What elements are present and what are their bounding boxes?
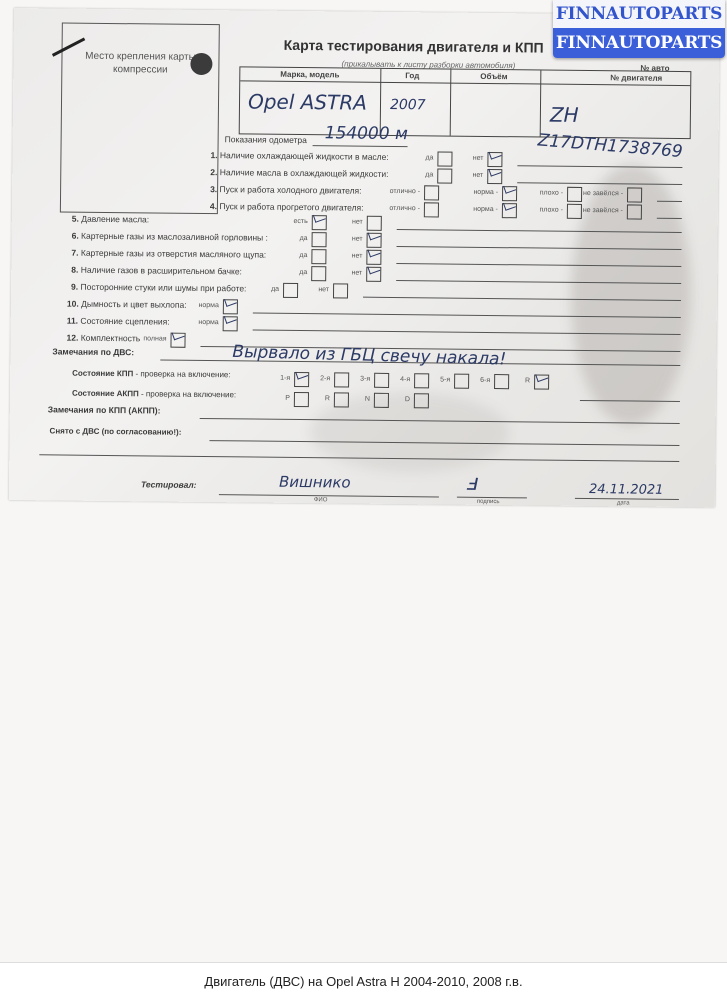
option-label: не завёлся - (583, 207, 623, 214)
option-label: отлично - (390, 188, 421, 195)
card-title: Карта тестирования двигателя и КПП (284, 37, 544, 56)
checklist-item-label: 11. Состояние сцепления: (67, 316, 170, 327)
watermark-line-2: FINNAUTOPARTS (553, 28, 725, 58)
checkbox[interactable] (437, 168, 452, 183)
checkbox[interactable] (333, 283, 348, 298)
header-engine-no: № двигателя (610, 73, 662, 83)
kpp-label: Состояние КПП - проверка на включение: (72, 369, 231, 380)
photo-caption: Двигатель (ДВС) на Opel Astra H 2004-201… (0, 962, 727, 1000)
kpp-sublabel: - проверка на включение: (135, 369, 230, 379)
header-make-model: Марка, модель (280, 70, 339, 80)
checkbox[interactable] (627, 204, 642, 219)
date-caption: дата (617, 500, 630, 506)
checkbox[interactable] (567, 204, 582, 219)
gear-checkbox[interactable] (334, 392, 349, 407)
gear-checkbox[interactable] (454, 374, 469, 389)
checklist-item-label: 2. Наличие масла в охлаждающей жидкости: (210, 167, 388, 179)
checkbox[interactable] (567, 187, 582, 202)
akpp-label: Состояние АКПП - проверка на включение: (72, 389, 236, 400)
checklist-item-label: 8. Наличие газов в расширительном бачке: (71, 265, 242, 277)
option-label: да (271, 286, 279, 293)
tester-name: Вишнико (279, 473, 351, 492)
test-date: 24.11.2021 (589, 482, 664, 498)
gear-label: 1-я (280, 375, 290, 382)
gear-label: R (325, 395, 330, 402)
checkbox[interactable] (283, 283, 298, 298)
odometer-label: Показания одометра (225, 134, 307, 145)
gear-label: D (405, 396, 410, 403)
gear-label: 3-я (360, 376, 370, 383)
signature-caption: подпись (477, 499, 500, 505)
vehicle-table: Марка, модель Год Объём № авто № двигате… (239, 66, 692, 139)
option-label: норма (198, 302, 218, 309)
option-label: полная (143, 335, 166, 342)
checklist-item-label: 10. Дымность и цвет выхлопа: (67, 299, 187, 310)
option-label: нет (473, 172, 484, 179)
checkbox[interactable] (312, 232, 327, 247)
gearbox-remarks-label: Замечания по КПП (АКПП): (48, 404, 161, 415)
gear-checkbox[interactable] (374, 393, 389, 408)
option-label: нет (352, 253, 363, 260)
gear-checkbox[interactable] (374, 373, 389, 388)
checkbox[interactable] (487, 169, 502, 184)
header-car-no: № авто (640, 64, 669, 73)
option-label: да (299, 252, 307, 259)
checkbox[interactable] (487, 152, 502, 167)
checkbox[interactable] (424, 185, 439, 200)
akpp-sublabel: - проверка на включение: (141, 389, 236, 399)
checklist-item-label: 6. Картерные газы из маслозаливной горло… (72, 231, 268, 243)
option-label: да (425, 154, 433, 161)
checkbox[interactable] (366, 267, 381, 282)
checkbox[interactable] (502, 203, 517, 218)
akpp-label-text: Состояние АКПП (72, 389, 139, 399)
checkbox[interactable] (627, 187, 642, 202)
gear-checkbox[interactable] (414, 393, 429, 408)
engine-remarks-label: Замечания по ДВС: (52, 346, 134, 357)
checkbox[interactable] (366, 250, 381, 265)
gear-label: R (525, 377, 530, 384)
checkbox[interactable] (367, 216, 382, 231)
option-label: да (300, 235, 308, 242)
checklist-item-label: 3. Пуск и работа холодного двигателя: (210, 184, 362, 196)
engine-code-value: ZH (550, 103, 579, 127)
removed-label: Снято с ДВС (по согласованию!): (50, 426, 182, 436)
option-label: норма (198, 319, 218, 326)
watermark-line-1: FINNAUTOPARTS (553, 0, 725, 28)
checkbox[interactable] (170, 333, 185, 348)
gear-label: P (285, 395, 290, 402)
year-value: 2007 (390, 97, 426, 113)
make-model-value: Opel ASTRA (248, 89, 367, 114)
photo-background: Место крепления карты компрессии Карта т… (0, 0, 727, 962)
option-label: плохо - (540, 190, 563, 197)
checklist-item-label: 9. Посторонние стуки или шумы при работе… (71, 282, 246, 294)
option-label: нет (351, 270, 362, 277)
dirt-smudge (570, 164, 693, 425)
option-label: нет (352, 219, 363, 226)
option-label: норма - (473, 189, 498, 196)
gear-checkbox[interactable] (494, 374, 509, 389)
name-caption: ФИО (314, 497, 328, 503)
checklist-item-label: 12. Комплектность (66, 333, 140, 344)
checklist-item-label: 1. Наличие охлаждающей жидкости в масле: (210, 150, 388, 162)
gear-checkbox[interactable] (414, 373, 429, 388)
checklist-item-label: 7. Картерные газы из отверстия масляного… (71, 248, 266, 260)
checklist-item-label: 4. Пуск и работа прогретого двигателя: (210, 201, 364, 213)
option-label: да (425, 171, 433, 178)
pin-hole (190, 53, 212, 75)
gear-label: N (365, 396, 370, 403)
kpp-label-text: Состояние КПП (72, 369, 133, 379)
checkbox[interactable] (367, 233, 382, 248)
gear-label: 2-я (320, 375, 330, 382)
option-label: плохо - (540, 207, 563, 214)
header-year: Год (405, 71, 419, 80)
finnautoparts-watermark: FINNAUTOPARTS FINNAUTOPARTS (553, 0, 725, 58)
checkbox[interactable] (223, 316, 238, 331)
compression-card-box: Место крепления карты компрессии (60, 23, 220, 215)
checkbox[interactable] (502, 186, 517, 201)
option-label: норма - (473, 206, 498, 213)
gear-label: 4-я (400, 376, 410, 383)
gear-label: 5-я (440, 376, 450, 383)
test-card: Место крепления карты компрессии Карта т… (9, 8, 720, 507)
option-label: нет (318, 286, 329, 293)
checkbox[interactable] (311, 249, 326, 264)
option-label: нет (473, 155, 484, 162)
checklist-item-label: 5. Давление масла: (72, 214, 149, 225)
checkbox[interactable] (223, 299, 238, 314)
gear-checkbox[interactable] (294, 392, 309, 407)
gear-checkbox[interactable] (534, 374, 549, 389)
checkbox[interactable] (311, 266, 326, 281)
gear-label: 6-я (480, 377, 490, 384)
option-label: да (299, 269, 307, 276)
option-label: нет (352, 236, 363, 243)
tested-by-label: Тестировал: (141, 479, 197, 490)
gear-checkbox[interactable] (294, 372, 309, 387)
checkbox[interactable] (437, 151, 452, 166)
checkbox[interactable] (424, 202, 439, 217)
header-volume: Объём (480, 72, 507, 81)
checkbox[interactable] (312, 215, 327, 230)
engine-remarks-value: Вырвало из ГБЦ свечу накала! (232, 342, 506, 370)
option-label: отлично - (389, 205, 420, 212)
option-label: есть (293, 218, 307, 225)
signature: ⅎ (467, 471, 479, 496)
gear-checkbox[interactable] (334, 372, 349, 387)
odometer-value: 154000 м (325, 123, 408, 144)
option-label: не завёлся - (583, 190, 623, 197)
